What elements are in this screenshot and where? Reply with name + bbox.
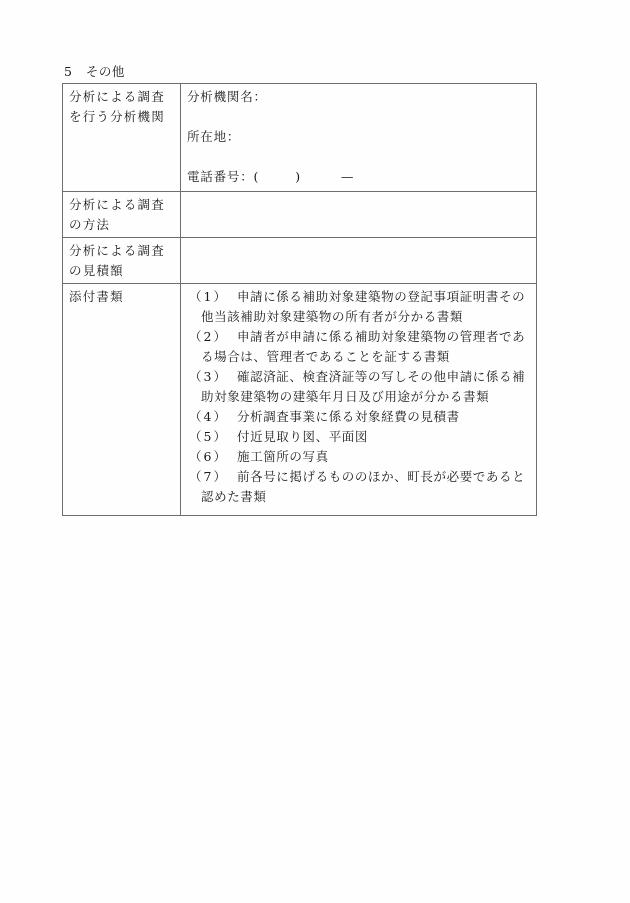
list-item: （7）前各号に掲げるもののほか、町長が必要であると認めた書類 [189,467,532,507]
spacer [187,147,532,167]
list-item: （3）確認済証、検査済証等の写しその他申請に係る補助対象建築物の建築年月日及び用… [189,367,532,407]
item-number: （2） [189,327,237,347]
item-text: 施工箇所の写真 [237,449,329,464]
item-number: （4） [189,407,237,427]
analysis-organization-fields: 分析機関名： 所在地： 電話番号：( ) — [181,84,537,192]
label-analysis-organization: 分析による調査を行う分析機関 [63,84,181,192]
analysis-method-value[interactable] [181,192,537,238]
item-text: 確認済証、検査済証等の写しその他申請に係る補助対象建築物の建築年月日及び用途が分… [201,369,525,404]
item-number: （7） [189,467,237,487]
table-row-analysis-estimate: 分析による調査の見積額 [63,238,537,284]
spacer [187,107,532,127]
item-number: （1） [189,287,237,307]
org-name-field[interactable]: 分析機関名： [187,87,532,107]
phone-dash: — [341,167,354,187]
phone-close-paren: ) [295,167,301,187]
label-analysis-method: 分析による調査の方法 [63,192,181,238]
item-text: 分析調査事業に係る対象経費の見積書 [237,409,460,424]
attachments-list-cell: （1）申請に係る補助対象建築物の登記事項証明書その他当該補助対象建築物の所有者が… [181,284,537,516]
list-item: （6）施工箇所の写真 [189,447,532,467]
section-heading: 5 その他 [64,63,125,81]
item-text: 申請に係る補助対象建築物の登記事項証明書その他当該補助対象建築物の所有者が分かる… [201,289,525,324]
item-text: 付近見取り図、平面図 [237,429,368,444]
address-field[interactable]: 所在地： [187,127,532,147]
other-info-table: 分析による調査を行う分析機関 分析機関名： 所在地： 電話番号：( ) — 分析… [62,83,537,516]
table-row-analysis-organization: 分析による調査を行う分析機関 分析機関名： 所在地： 電話番号：( ) — [63,84,537,192]
label-attachments: 添付書類 [63,284,181,516]
list-item: （1）申請に係る補助対象建築物の登記事項証明書その他当該補助対象建築物の所有者が… [189,287,532,327]
label-analysis-estimate: 分析による調査の見積額 [63,238,181,284]
attachments-list: （1）申請に係る補助対象建築物の登記事項証明書その他当該補助対象建築物の所有者が… [183,287,532,507]
analysis-estimate-value[interactable] [181,238,537,284]
phone-label: 電話番号：( [187,167,259,187]
item-number: （6） [189,447,237,467]
item-number: （3） [189,367,237,387]
item-number: （5） [189,427,237,447]
list-item: （4）分析調査事業に係る対象経費の見積書 [189,407,532,427]
table-row-attachments: 添付書類 （1）申請に係る補助対象建築物の登記事項証明書その他当該補助対象建築物… [63,284,537,516]
item-text: 申請者が申請に係る補助対象建築物の管理者である場合は、管理者であることを証する書… [201,329,525,364]
section-number: 5 [64,64,72,79]
section-title: その他 [86,64,125,79]
table-row-analysis-method: 分析による調査の方法 [63,192,537,238]
list-item: （2）申請者が申請に係る補助対象建築物の管理者である場合は、管理者であることを証… [189,327,532,367]
item-text: 前各号に掲げるもののほか、町長が必要であると認めた書類 [201,469,525,504]
phone-field[interactable]: 電話番号：( ) — [187,167,532,187]
list-item: （5）付近見取り図、平面図 [189,427,532,447]
